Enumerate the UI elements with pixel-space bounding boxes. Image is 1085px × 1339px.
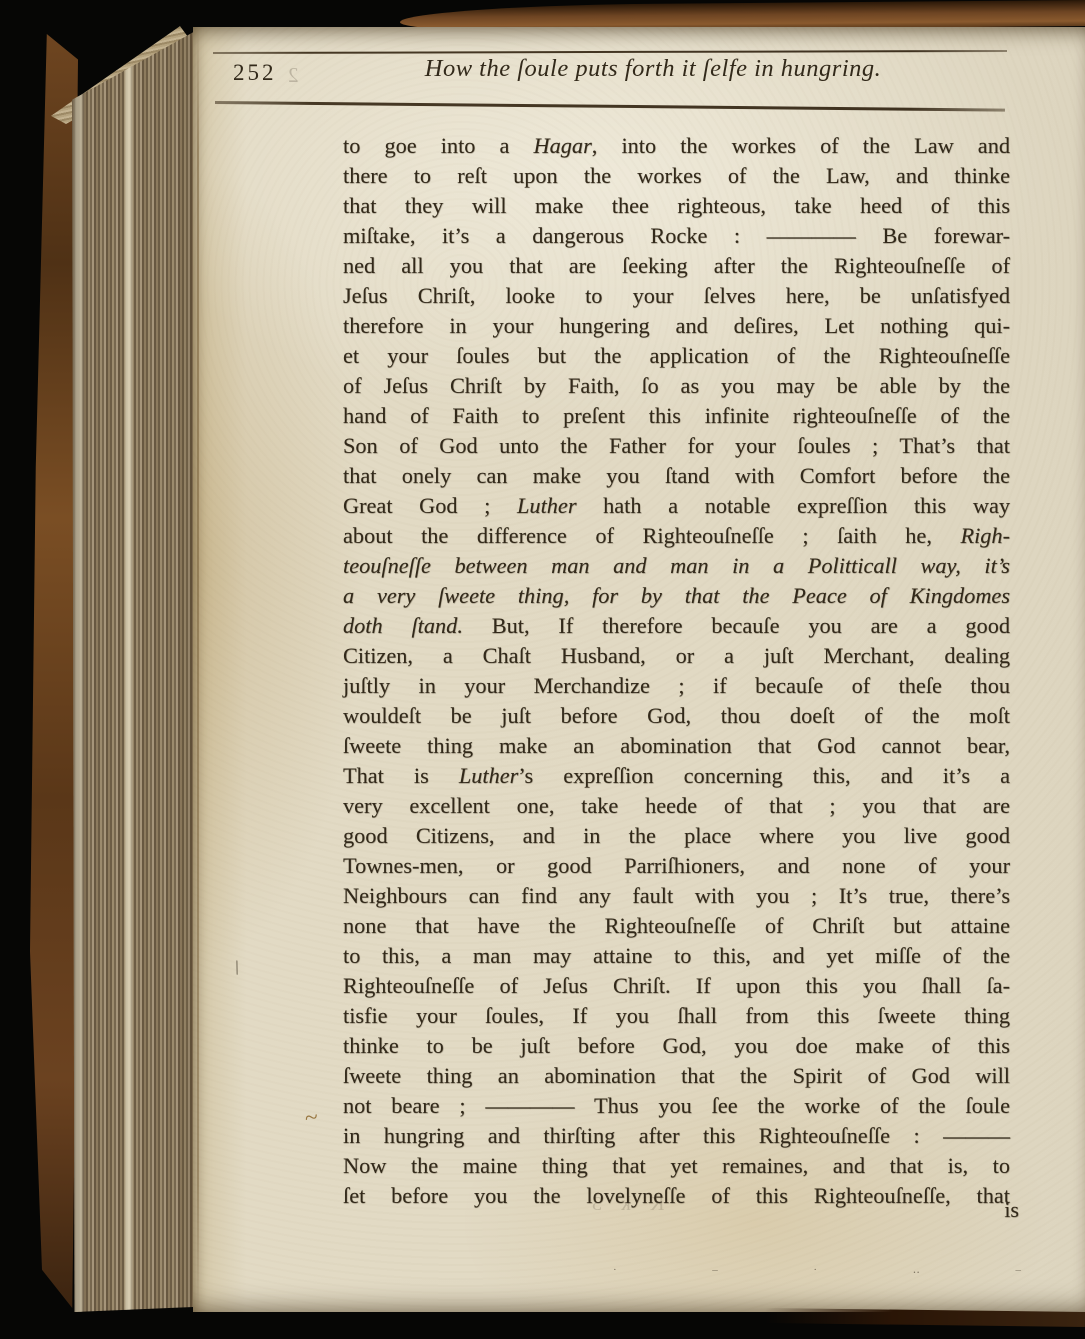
book-cover-edge-bottom (765, 1308, 1085, 1327)
running-title: How the ſoule puts forth it ſelfe in hun… (353, 55, 953, 83)
text-line: Great God ; Luther hath a notable expreſ… (343, 491, 1010, 521)
text-line: Jeſus Chriſt, looke to your ſelves here,… (343, 281, 1010, 311)
leather-binding-left (30, 34, 78, 1308)
text-line: ned all you that are ſeeking after the R… (343, 251, 1010, 281)
text-line: ſweete thing make an abomination that Go… (343, 731, 1010, 761)
ghost-signature-mark: K k 3 (585, 1193, 664, 1216)
header-rule-top (213, 50, 1007, 54)
text-line: to this, a man may attaine to this, and … (343, 941, 1010, 971)
catchword: is (1004, 1197, 1019, 1223)
page-stack-fore-edge (72, 28, 196, 1312)
text-line: et your ſoules but the application of th… (343, 341, 1010, 371)
page-text: to goe into a Hagar, into the workes of … (343, 131, 1010, 1211)
page-number: 252 (233, 60, 277, 86)
text-line: there to reſt upon the workes of the Law… (343, 161, 1010, 191)
text-line: juſtly in your Merchandize ; if becauſe … (343, 671, 1010, 701)
text-line: a very ſweete thing, for by that the Pea… (343, 581, 1010, 611)
text-line: tisfie your ſoules, If you ſhall from th… (343, 1001, 1010, 1031)
text-line: Now the maine thing that yet remaines, a… (343, 1151, 1010, 1181)
ghost-numeral: 2 (288, 63, 299, 88)
text-line: very excellent one, take heede of that ;… (343, 791, 1010, 821)
text-line: Neighbours can find any fault with you ;… (343, 881, 1010, 911)
text-line: wouldeſt be juſt before God, thou doeſt … (343, 701, 1010, 731)
text-line: ſweete thing an abomination that the Spi… (343, 1061, 1010, 1091)
ink-specks: · – · ‥ – (613, 1263, 1023, 1276)
text-line: miſtake, it’s a dangerous Rocke : ———— B… (343, 221, 1010, 251)
text-line: in hungring and thirſting after this Rig… (343, 1121, 1010, 1151)
text-line: good Citizens, and in the place where yo… (343, 821, 1010, 851)
text-line: Son of God unto the Father for your ſoul… (343, 431, 1010, 461)
stray-ink-stroke: \ (231, 957, 243, 981)
text-line: hand of Faith to preſent this infinite r… (343, 401, 1010, 431)
text-line: none that have the Righteouſneſſe of Chr… (343, 911, 1010, 941)
text-line: ſet before you the lovelyneſſe of this R… (343, 1181, 1010, 1211)
text-line: Townes-men, or good Parriſhioners, and n… (343, 851, 1010, 881)
text-line: Citizen, a Chaſt Husband, or a juſt Merc… (343, 641, 1010, 671)
book-page: 252 2 How the ſoule puts forth it ſelfe … (193, 27, 1085, 1312)
text-line: of Jeſus Chriſt by Faith, ſo as you may … (343, 371, 1010, 401)
text-line: that onely can make you ſtand with Comfo… (343, 461, 1010, 491)
text-line: that they will make thee righteous, take… (343, 191, 1010, 221)
margin-squiggle-mark: ~ (303, 1104, 320, 1133)
text-line: teouſneſſe between man and man in a Poli… (343, 551, 1010, 581)
text-line: therefore in your hungering and deſires,… (343, 311, 1010, 341)
text-line: Righteouſneſſe of Jeſus Chriſt. If upon … (343, 971, 1010, 1001)
text-line: thinke to be juſt before God, you doe ma… (343, 1031, 1010, 1061)
book-photo: 252 2 How the ſoule puts forth it ſelfe … (0, 0, 1085, 1339)
header-rule-bottom (215, 101, 1005, 112)
text-line: about the difference of Righteouſneſſe ;… (343, 521, 1010, 551)
text-line: That is Luther’s expreſſion concerning t… (343, 761, 1010, 791)
text-line: doth ſtand. But, If therefore becauſe yo… (343, 611, 1010, 641)
text-line: to goe into a Hagar, into the workes of … (343, 131, 1010, 161)
text-line: not beare ; ———— Thus you ſee the worke … (343, 1091, 1010, 1121)
